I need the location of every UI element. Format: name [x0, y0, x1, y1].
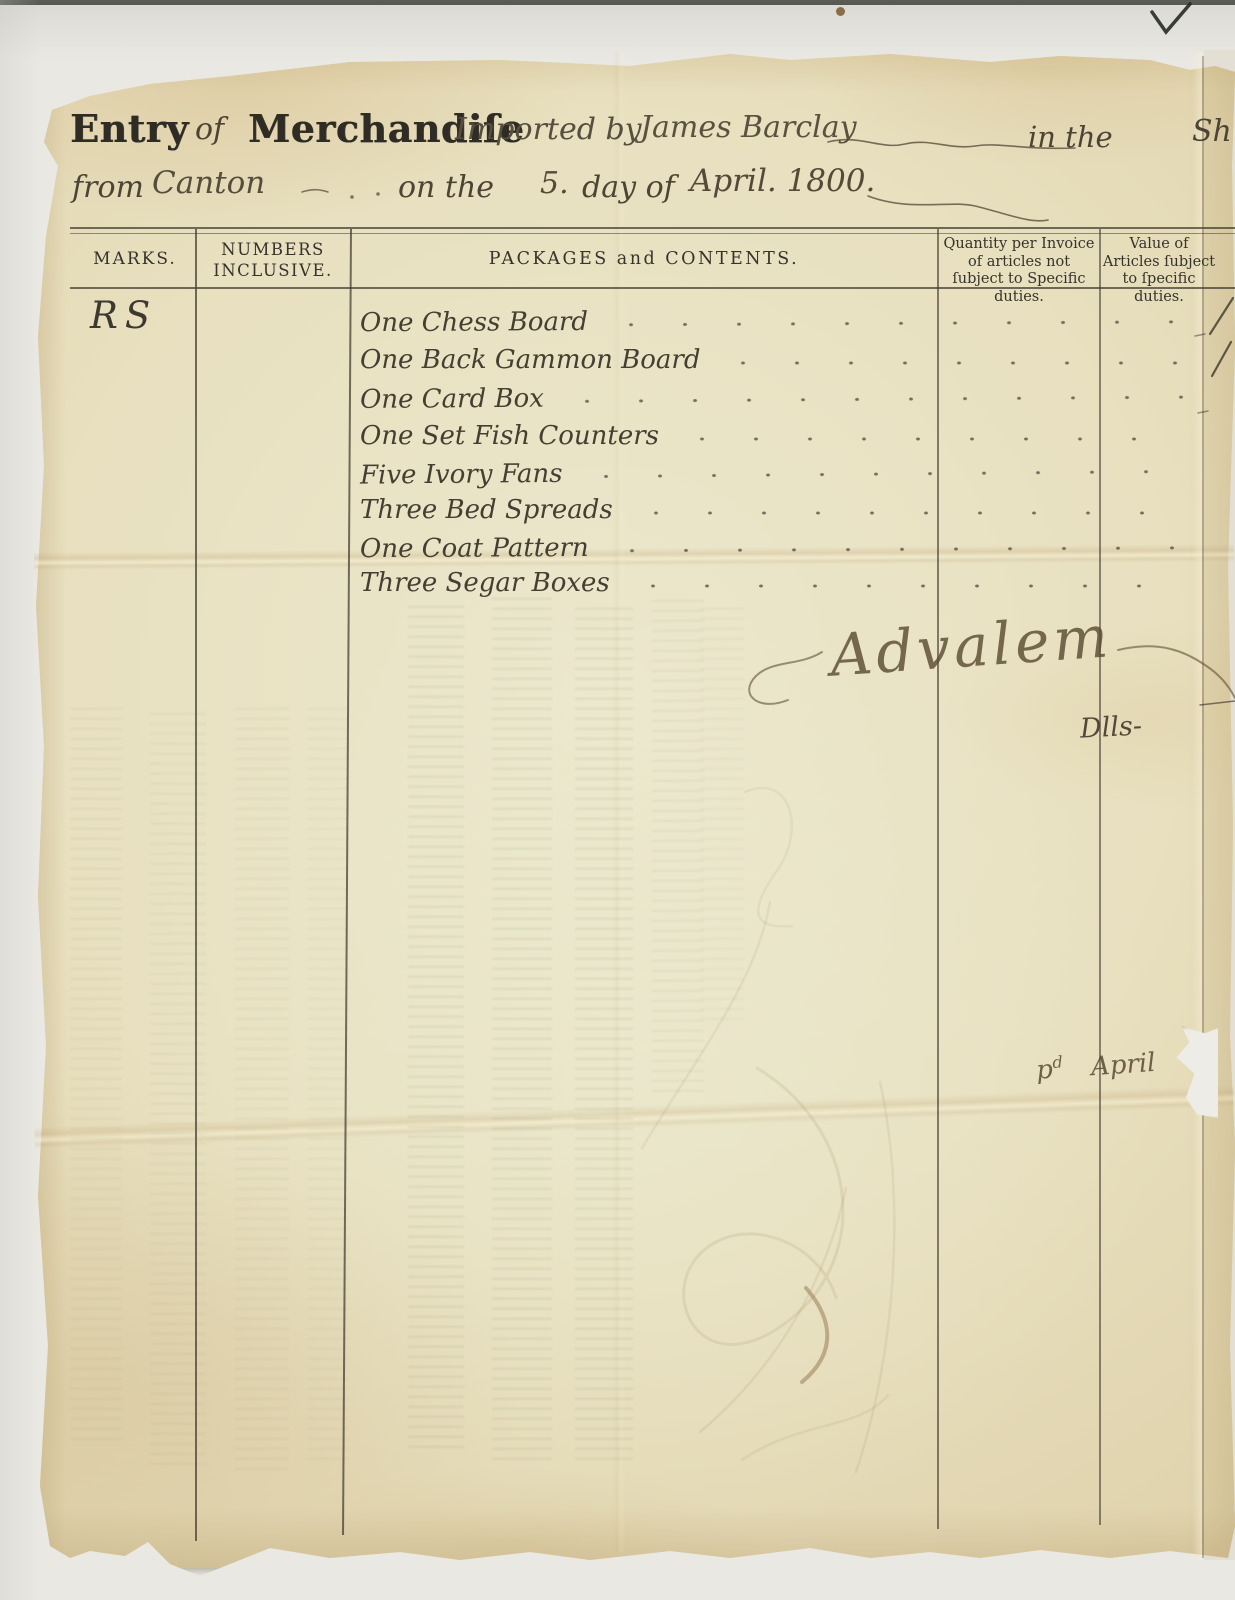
- table-rule-top-inner: [70, 233, 1235, 234]
- marks-value: RS: [90, 294, 157, 337]
- on-the-label: on the: [398, 170, 494, 205]
- leader-dots: [560, 392, 1186, 406]
- item-text: Five Ivory Fans: [360, 459, 563, 491]
- manifest-row: Three Bed Spreads: [360, 495, 1186, 525]
- leader-dots: [629, 508, 1186, 518]
- column-divider-marks-numbers: [195, 229, 197, 1541]
- item-text: Three Segar Boxes: [360, 568, 610, 598]
- leader-dots: [675, 434, 1186, 444]
- manifest-row: One Card Box: [360, 379, 1186, 415]
- form-title-word-entry: Entry: [70, 106, 189, 151]
- item-text: One Chess Board: [360, 307, 588, 338]
- scanned-document-page: { "form": { "title_word1": "Entry", "tit…: [0, 0, 1235, 1600]
- manifest-row: One Back Gammon Board: [360, 345, 1186, 375]
- item-text: One Coat Pattern: [360, 533, 589, 564]
- paid-note-p: p: [1035, 1055, 1054, 1086]
- imported-by-label: Imported by: [455, 112, 642, 147]
- column-header-packages: PACKAGES and CONTENTS.: [352, 249, 936, 269]
- manifest-row: One Chess Board: [360, 304, 1186, 338]
- leader-dots: [716, 358, 1186, 368]
- leader-dots: [605, 543, 1186, 556]
- ink-fleck: [836, 7, 845, 16]
- leader-dots: [626, 581, 1186, 591]
- entry-date: April. 1800.: [690, 163, 875, 199]
- form-title-word-of: of: [195, 112, 224, 147]
- table-rule-top-outer: [70, 227, 1235, 229]
- column-header-marks: MARKS.: [76, 249, 194, 269]
- paid-note-d: d: [1052, 1052, 1064, 1072]
- in-the-label: in the: [1028, 120, 1113, 154]
- column-header-numbers: NUMBERS INCLUSIVE.: [198, 240, 348, 281]
- column-header-value: Value of Articles ſubject to ſpecific du…: [1101, 236, 1217, 307]
- item-text: Three Bed Spreads: [360, 495, 613, 525]
- day-of-label: day of: [582, 170, 675, 205]
- leader-dots: [579, 466, 1187, 481]
- item-text: One Card Box: [360, 384, 544, 415]
- vessel-name-fragment: Sh: [1192, 114, 1232, 149]
- from-label: from: [72, 170, 144, 205]
- leader-dots: [604, 317, 1186, 330]
- manifest-row: Three Segar Boxes: [360, 568, 1186, 598]
- importer-name: James Barclay: [640, 110, 857, 145]
- item-text: One Back Gammon Board: [360, 345, 700, 375]
- dollars-abbreviation: Dlls-: [1079, 710, 1142, 744]
- origin-port: Canton: [152, 165, 265, 201]
- column-header-quantity: Quantity per Invoice of articles not ſub…: [941, 236, 1097, 307]
- item-text: One Set Fish Counters: [360, 421, 659, 451]
- day-value: 5.: [540, 166, 569, 201]
- manifest-row: One Coat Pattern: [360, 530, 1186, 564]
- paid-note-month: April: [1090, 1048, 1156, 1082]
- manifest-row: One Set Fish Counters: [360, 421, 1186, 451]
